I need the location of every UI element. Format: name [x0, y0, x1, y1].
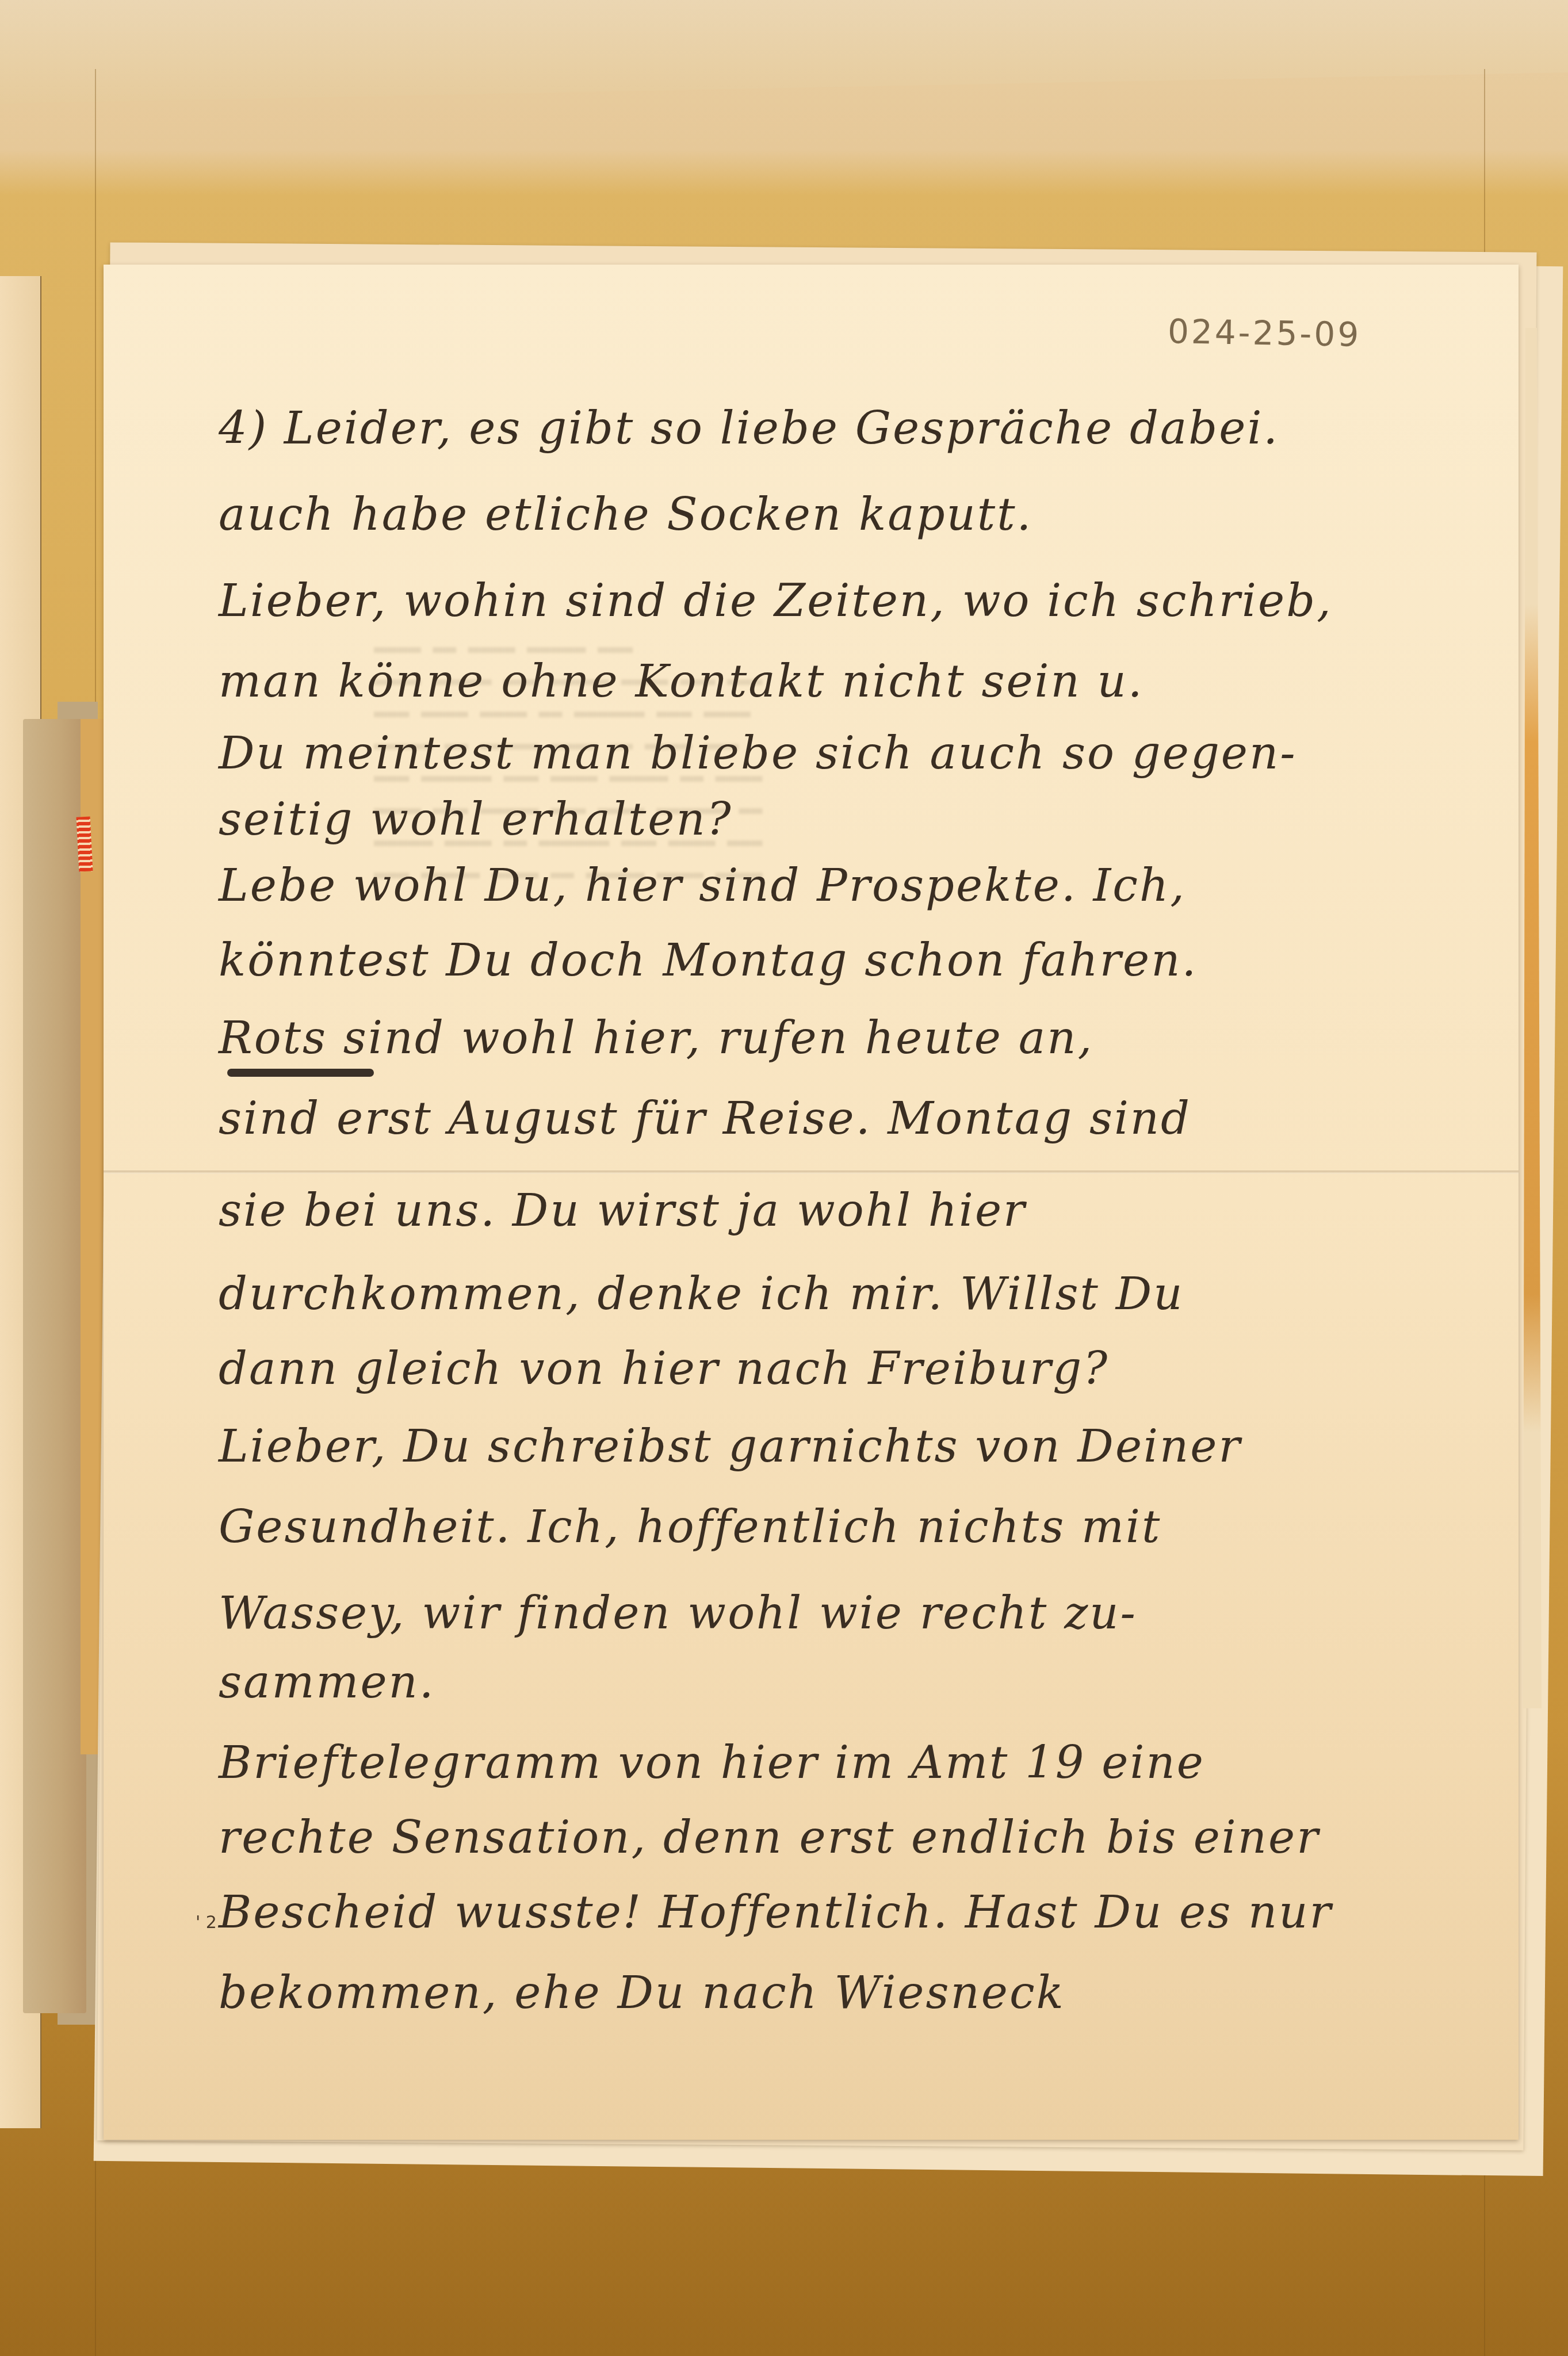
letter-line: man könne ohne Kontakt nicht sein u.: [219, 656, 1144, 707]
underline-mark: [227, 1069, 374, 1077]
archive-number: 024-25-09: [1167, 312, 1361, 354]
letter-line: durchkommen, denke ich mir. Willst Du: [219, 1268, 1184, 1320]
letter-line: Brieftelegramm von hier im Amt 19 eine: [219, 1737, 1205, 1789]
letter-line: Du meintest man bliebe sich auch so gege…: [219, 728, 1297, 779]
left-board: [23, 719, 86, 2013]
letter-line: sind erst August für Reise. Montag sind: [219, 1093, 1191, 1145]
paper-fold: [104, 1171, 1519, 1174]
letter-line: seitig wohl erhalten?: [219, 794, 733, 846]
letter-line: Lieber, Du schreibst garnichts von Deine…: [219, 1421, 1242, 1472]
letter-line: auch habe etliche Socken kaputt.: [219, 489, 1032, 541]
letter-line: könntest Du doch Montag schon fahren.: [219, 935, 1198, 986]
letter-line: Lebe wohl Du, hier sind Prospekte. Ich,: [219, 860, 1186, 912]
letter-line: Lieber, wohin sind die Zeiten, wo ich sc…: [219, 575, 1333, 627]
margin-mark: ' 2: [196, 1913, 217, 1933]
red-stamp-fragment: [77, 816, 93, 871]
letter-line: sammen.: [219, 1657, 435, 1708]
letter-line: 4) Leider, es gibt so liebe Gespräche da…: [219, 403, 1279, 454]
letter-line: rechte Sensation, denn erst endlich bis …: [219, 1812, 1320, 1864]
letter-line: Gesundheit. Ich, hoffentlich nichts mit: [219, 1501, 1161, 1553]
letter-line: Rots sind wohl hier, rufen heute an,: [219, 1012, 1093, 1064]
letter-line: dann gleich von hier nach Freiburg?: [219, 1343, 1109, 1395]
letter-line: Wassey, wir finden wohl wie recht zu-: [219, 1588, 1137, 1639]
letter-line: Bescheid wusste! Hoffentlich. Hast Du es…: [219, 1887, 1333, 1938]
background-top: [0, 0, 1568, 104]
letter-line: sie bei uns. Du wirst ja wohl hier: [219, 1185, 1026, 1237]
letter-line: bekommen, ehe Du nach Wiesneck: [219, 1967, 1065, 2019]
